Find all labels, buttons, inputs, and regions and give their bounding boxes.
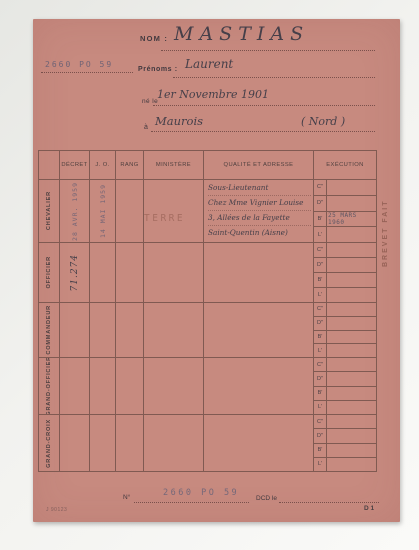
file-number-line bbox=[41, 72, 133, 73]
table-row-grand-officier: GRAND-OFFICIER C″ D″ B′ bbox=[39, 357, 376, 414]
jo-date-stamp: 14 MAI 1959 bbox=[99, 184, 107, 238]
ministere-cell: TERRE bbox=[144, 180, 204, 242]
decret-date-stamp: 28 AVR. 1959 bbox=[71, 182, 79, 241]
qualite-line-rank: Sous-Lieutenant bbox=[208, 181, 311, 196]
header-qualite-adresse: QUALITÉ ET ADRESSE bbox=[204, 151, 314, 179]
decret-cell bbox=[60, 358, 90, 414]
execution-subvalue bbox=[327, 429, 376, 442]
table-row-officier: OFFICIER 71.274 C″ D″ B′ bbox=[39, 242, 376, 302]
ministere-cell bbox=[144, 243, 204, 302]
birthdate-value: 1er Novembre 1901 bbox=[157, 88, 269, 101]
execution-sublabel-b: B′ bbox=[314, 331, 327, 344]
form-code: D 1 bbox=[364, 505, 374, 512]
footer-number-line bbox=[134, 502, 249, 503]
execution-cell: C″ D″ B′ L′ bbox=[314, 303, 376, 357]
header-ministere: MINISTÈRE bbox=[144, 151, 204, 179]
execution-subrow-l: L′ bbox=[314, 343, 376, 357]
name-label: NOM : bbox=[140, 34, 168, 43]
execution-sublabel-d: D″ bbox=[314, 258, 327, 272]
execution-subrow-b: B′ bbox=[314, 386, 376, 400]
grade-label: GRAND-CROIX bbox=[46, 419, 52, 468]
qualite-cell bbox=[204, 358, 314, 414]
grade-cell: GRAND-OFFICIER bbox=[39, 358, 60, 414]
brevet-date-stamp: 25 MARS 1960 bbox=[327, 212, 376, 226]
execution-subvalue bbox=[327, 273, 376, 287]
firstnames-value: Laurent bbox=[185, 57, 233, 71]
record-card: NOM : MASTIAS 2660 PO 59 Prénoms : Laure… bbox=[33, 19, 400, 522]
execution-sublabel-d: D″ bbox=[314, 196, 327, 211]
execution-subrow-l: L′ bbox=[314, 457, 376, 471]
grade-cell: COMMANDEUR bbox=[39, 303, 60, 357]
rang-cell bbox=[116, 415, 144, 471]
execution-subrow-b: B′ 25 MARS 1960 bbox=[314, 211, 376, 227]
decret-cell bbox=[60, 415, 90, 471]
birthplace-dotted-line bbox=[151, 131, 375, 132]
execution-subrow-l: L′ bbox=[314, 287, 376, 302]
execution-subvalue bbox=[327, 415, 376, 428]
ministere-cell bbox=[144, 415, 204, 471]
execution-sublabel-c: C″ bbox=[314, 303, 327, 316]
execution-sublabel-l: L′ bbox=[314, 344, 327, 357]
rang-cell bbox=[116, 180, 144, 242]
execution-sublabel-l: L′ bbox=[314, 401, 327, 414]
rang-cell bbox=[116, 243, 144, 302]
execution-subvalue bbox=[327, 444, 376, 457]
qualite-cell: Sous-Lieutenant Chez Mme Vignier Louise … bbox=[204, 180, 314, 242]
decret-cell bbox=[60, 303, 90, 357]
execution-cell: C″ D″ B′ 25 MARS 1960 L′ bbox=[314, 180, 376, 242]
execution-sublabel-b: B′ bbox=[314, 387, 327, 400]
execution-subrow-d: D″ bbox=[314, 428, 376, 442]
ministere-cell bbox=[144, 358, 204, 414]
execution-subvalue bbox=[327, 358, 376, 371]
execution-subrow-c: C″ bbox=[314, 358, 376, 371]
execution-subrow-c: C″ bbox=[314, 243, 376, 257]
decret-cell: 28 AVR. 1959 bbox=[60, 180, 90, 242]
birthdate-label: né le bbox=[142, 98, 158, 105]
birthdate-dotted-line bbox=[153, 105, 375, 106]
execution-cell: C″ D″ B′ L′ bbox=[314, 243, 376, 302]
grade-label: GRAND-OFFICIER bbox=[46, 358, 52, 414]
birthplace-value: Maurois bbox=[155, 114, 203, 128]
execution-cell: C″ D″ B′ L′ bbox=[314, 358, 376, 414]
execution-sublabel-l: L′ bbox=[314, 227, 327, 242]
header-execution: EXÉCUTION bbox=[314, 151, 376, 179]
execution-subrow-c: C″ bbox=[314, 415, 376, 428]
execution-subvalue bbox=[327, 401, 376, 414]
execution-subvalue bbox=[327, 344, 376, 357]
decret-cell: 71.274 bbox=[60, 243, 90, 302]
grade-label: COMMANDEUR bbox=[46, 305, 52, 355]
firstnames-label: Prénoms : bbox=[138, 66, 178, 73]
qualite-line-city: Saint-Quentin (Aisne) bbox=[208, 226, 311, 240]
execution-sublabel-d: D″ bbox=[314, 429, 327, 442]
execution-subrow-d: D″ bbox=[314, 257, 376, 272]
terre-stamp: TERRE bbox=[144, 213, 185, 224]
footer-number-stamp: 2660 PO 59 bbox=[163, 488, 239, 498]
execution-subrow-c: C″ bbox=[314, 180, 376, 195]
execution-subvalue bbox=[327, 317, 376, 330]
execution-subvalue bbox=[327, 243, 376, 257]
qualite-cell bbox=[204, 243, 314, 302]
execution-subrow-l: L′ bbox=[314, 226, 376, 242]
firstnames-dotted-line bbox=[173, 77, 375, 78]
deceased-dotted-line bbox=[279, 502, 379, 503]
execution-subvalue bbox=[327, 180, 376, 195]
ministere-cell bbox=[144, 303, 204, 357]
brevet-fait-stamp: BREVET FAIT bbox=[382, 181, 389, 267]
file-number-stamp: 2660 PO 59 bbox=[45, 60, 113, 69]
execution-subrow-b: B′ bbox=[314, 330, 376, 344]
execution-sublabel-l: L′ bbox=[314, 458, 327, 471]
deceased-label: DCD le bbox=[256, 495, 277, 502]
execution-sublabel-b: B′ bbox=[314, 212, 327, 227]
execution-sublabel-c: C″ bbox=[314, 415, 327, 428]
execution-sublabel-d: D″ bbox=[314, 372, 327, 385]
jo-cell bbox=[90, 303, 116, 357]
grade-cell: OFFICIER bbox=[39, 243, 60, 302]
execution-sublabel-c: C″ bbox=[314, 180, 327, 195]
execution-subrow-b: B′ bbox=[314, 272, 376, 287]
execution-subrow-c: C″ bbox=[314, 303, 376, 316]
grade-label: OFFICIER bbox=[46, 256, 52, 289]
table-row-chevalier: CHEVALIER 28 AVR. 1959 14 MAI 1959 TERRE… bbox=[39, 179, 376, 242]
execution-subvalue bbox=[327, 288, 376, 302]
qualite-cell bbox=[204, 303, 314, 357]
execution-subvalue bbox=[327, 303, 376, 316]
print-reference-code: J 90123 bbox=[46, 507, 67, 513]
execution-subvalue bbox=[327, 331, 376, 344]
grade-cell: CHEVALIER bbox=[39, 180, 60, 242]
execution-cell: C″ D″ B′ L′ bbox=[314, 415, 376, 471]
execution-subvalue bbox=[327, 458, 376, 471]
name-value: MASTIAS bbox=[174, 23, 309, 45]
execution-subvalue bbox=[327, 196, 376, 211]
execution-sublabel-c: C″ bbox=[314, 358, 327, 371]
grade-label: CHEVALIER bbox=[46, 191, 52, 230]
birthplace-label: à bbox=[144, 124, 148, 131]
execution-subvalue bbox=[327, 387, 376, 400]
execution-subvalue: 25 MARS 1960 bbox=[327, 212, 376, 227]
qualite-line-co: Chez Mme Vignier Louise bbox=[208, 196, 311, 211]
rang-cell bbox=[116, 358, 144, 414]
jo-cell bbox=[90, 415, 116, 471]
execution-sublabel-b: B′ bbox=[314, 273, 327, 287]
name-dotted-line bbox=[161, 50, 375, 51]
decorations-table: DÉCRET J. O. RANG MINISTÈRE QUALITÉ ET A… bbox=[38, 150, 377, 472]
jo-cell bbox=[90, 358, 116, 414]
table-row-commandeur: COMMANDEUR C″ D″ B′ bbox=[39, 302, 376, 357]
footer-number-label: N° bbox=[123, 494, 130, 501]
table-row-grand-croix: GRAND-CROIX C″ D″ B′ bbox=[39, 414, 376, 471]
execution-subvalue bbox=[327, 227, 376, 242]
execution-subrow-l: L′ bbox=[314, 400, 376, 414]
header-grade-cell bbox=[39, 151, 60, 179]
jo-cell bbox=[90, 243, 116, 302]
table-header-row: DÉCRET J. O. RANG MINISTÈRE QUALITÉ ET A… bbox=[39, 151, 376, 179]
decret-handwritten-number: 71.274 bbox=[70, 254, 80, 292]
header-decret: DÉCRET bbox=[60, 151, 90, 179]
execution-subrow-d: D″ bbox=[314, 195, 376, 211]
header-rang: RANG bbox=[116, 151, 144, 179]
execution-subvalue bbox=[327, 258, 376, 272]
execution-subrow-d: D″ bbox=[314, 316, 376, 330]
birthplace-department: ( Nord ) bbox=[301, 115, 345, 128]
qualite-line-street: 3, Allées de la Fayette bbox=[208, 211, 311, 226]
grade-cell: GRAND-CROIX bbox=[39, 415, 60, 471]
execution-sublabel-b: B′ bbox=[314, 444, 327, 457]
execution-subvalue bbox=[327, 372, 376, 385]
rang-cell bbox=[116, 303, 144, 357]
execution-subrow-d: D″ bbox=[314, 371, 376, 385]
header-jo: J. O. bbox=[90, 151, 116, 179]
execution-subrow-b: B′ bbox=[314, 443, 376, 457]
jo-cell: 14 MAI 1959 bbox=[90, 180, 116, 242]
execution-sublabel-d: D″ bbox=[314, 317, 327, 330]
qualite-cell bbox=[204, 415, 314, 471]
execution-sublabel-l: L′ bbox=[314, 288, 327, 302]
execution-sublabel-c: C″ bbox=[314, 243, 327, 257]
